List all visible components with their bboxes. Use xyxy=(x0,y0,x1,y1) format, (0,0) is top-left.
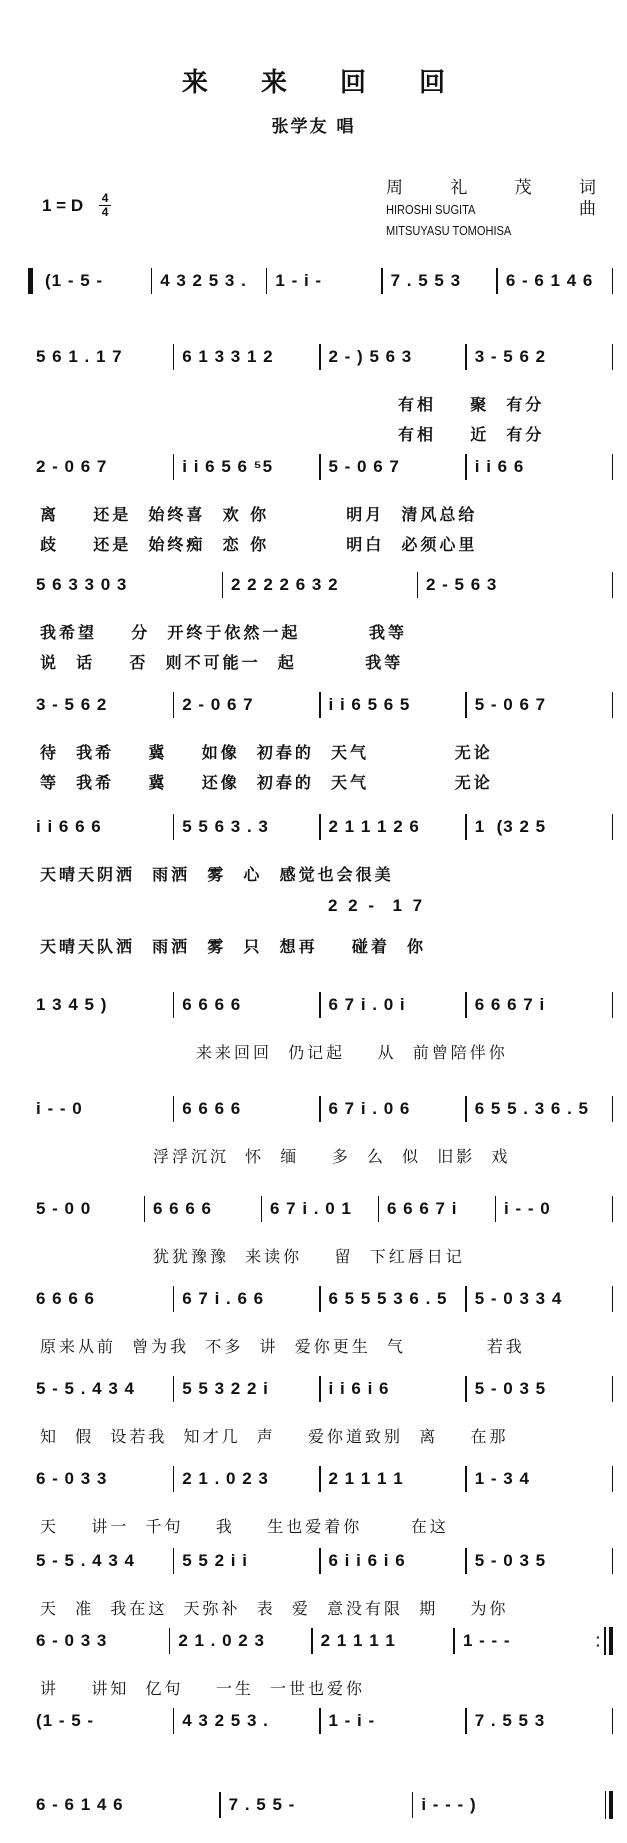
measure: 5 - 5 . 4 3 4 xyxy=(28,1551,173,1571)
measure: 2 1 . 0 2 3 xyxy=(170,1631,311,1651)
barline xyxy=(612,1466,614,1492)
score-row: 1 3 4 5 )6 6 6 66 7 i . 0 i6 6 6 7 i来来回回… xyxy=(28,990,613,1020)
repeat-dots: ·· xyxy=(596,1633,602,1649)
score-row: i - - 06 6 6 66 7 i . 0 66 5 5 . 3 6 . 5… xyxy=(28,1094,613,1124)
composer-line: HIROSHI SUGITA 曲 xyxy=(386,199,596,220)
lyrics-line: 我希望 分 开终于依然一起 我等 xyxy=(40,620,407,643)
measure: i - - 0 xyxy=(28,1099,173,1119)
notes-line: 2 - 0 6 7i i 6 5 6 ⁵55 - 0 6 7i i 6 6 xyxy=(28,452,613,482)
notes-line: 1 3 4 5 )6 6 6 66 7 i . 0 i6 6 6 7 i xyxy=(28,990,613,1020)
measure: 6 - 6 1 4 6 xyxy=(28,1795,219,1815)
lyrics-line: 浮浮沉沉 怀 缅 多 么 似 旧影 戏 xyxy=(153,1144,510,1167)
measure: 2 1 1 1 2 6 xyxy=(321,817,466,837)
key-signature: 1 = D 4 4 xyxy=(42,192,111,219)
measure: 7 . 5 5 3 xyxy=(383,271,497,291)
lyrics-line: 犹犹豫豫 来读你 留 下红唇日记 xyxy=(153,1244,465,1267)
measure: 5 - 0 3 5 xyxy=(467,1551,612,1571)
measure: 6 5 5 5 3 6 . 5 xyxy=(321,1289,466,1309)
measure: 6 6 6 7 i xyxy=(467,995,612,1015)
final-barline xyxy=(605,1791,614,1819)
score-row: 3 - 5 6 22 - 0 6 7i i 6 5 6 55 - 0 6 7待 … xyxy=(28,690,613,720)
measure: 5 - 0 3 3 4 xyxy=(467,1289,612,1309)
measure: (1 - 5 - xyxy=(37,271,151,291)
score-row: 6 6 6 66 7 i . 6 66 5 5 5 3 6 . 55 - 0 3… xyxy=(28,1284,613,1314)
notes-line: 6 - 0 3 32 1 . 0 2 32 1 1 1 11 - - -·· xyxy=(28,1626,613,1656)
repeat-end-sign: ·· xyxy=(596,1627,613,1655)
barline xyxy=(612,268,614,294)
lyricist-char: 周 xyxy=(386,178,403,199)
composer-name-1: HIROSHI SUGITA xyxy=(386,199,475,220)
measure: 6 1 3 3 1 2 xyxy=(174,347,319,367)
notes-line: (1 - 5 -4 3 2 5 3 .1 - i -7 . 5 5 36 - 6… xyxy=(28,266,613,296)
measure: 1 3 4 5 ) xyxy=(28,995,173,1015)
barline xyxy=(612,572,614,598)
measure: 5 5 3 2 2 i xyxy=(174,1379,319,1399)
score-row: 5 6 1 . 1 76 1 3 3 1 22 - ) 5 6 33 - 5 6… xyxy=(28,342,613,372)
measure: 1 - i - xyxy=(321,1711,466,1731)
notes-line: i i 6 6 65 5 6 3 . 32 1 1 1 2 61 (3 2 5 xyxy=(28,812,613,842)
measure: 5 - 0 3 5 xyxy=(467,1379,612,1399)
measure: 2 - 5 6 3 xyxy=(418,575,612,595)
lyrics-line: 天晴天队洒 雨洒 雾 只 想再 碰着 你 xyxy=(40,934,426,957)
measure: 6 6 6 6 xyxy=(28,1289,173,1309)
score-row: (1 - 5 -4 3 2 5 3 .1 - i -7 . 5 5 3 xyxy=(28,1706,613,1736)
measure: 5 - 0 6 7 xyxy=(467,695,612,715)
measure: 5 - 0 6 7 xyxy=(321,457,466,477)
lyrics-line: 离 还是 始终喜 欢 你 明月 清风总给 xyxy=(40,502,477,525)
measure: 2 - 0 6 7 xyxy=(28,457,173,477)
measure: 2 - 0 6 7 xyxy=(174,695,319,715)
alternate-notes: 2 2 - 1 7 xyxy=(328,896,425,916)
repeat-start-sign xyxy=(28,268,33,294)
lyrics-line: 歧 还是 始终痴 恋 你 明白 必须心里 xyxy=(40,532,477,555)
composer-role: 曲 xyxy=(579,199,596,220)
notes-line: 6 6 6 66 7 i . 6 66 5 5 5 3 6 . 55 - 0 3… xyxy=(28,1284,613,1314)
thick-bar xyxy=(609,1627,613,1655)
measure: 2 1 1 1 1 xyxy=(321,1469,466,1489)
measure: 6 - 0 3 3 xyxy=(28,1631,169,1651)
song-title: 来 来 回 回 xyxy=(0,62,627,99)
notes-line: 5 - 0 06 6 6 66 7 i . 0 16 6 6 7 ii - - … xyxy=(28,1194,613,1224)
measure: 5 5 2 i i xyxy=(174,1551,319,1571)
measure: 6 7 i . 0 i xyxy=(321,995,466,1015)
lyricist-line: 周 礼 茂 词 xyxy=(386,178,596,199)
barline xyxy=(612,344,614,370)
measure: 1 (3 2 5 xyxy=(467,817,612,837)
measure: 5 5 6 3 . 3 xyxy=(174,817,319,837)
barline xyxy=(612,1286,614,1312)
measure: i i 6 6 xyxy=(467,457,612,477)
lyrics-line: 有相 近 有分 xyxy=(398,422,544,445)
composer-line-2: MITSUYASU TOMOHISA xyxy=(386,220,596,241)
measure: 5 - 0 0 xyxy=(28,1199,144,1219)
lyrics-line: 讲 讲知 亿句 一生 一世也爱你 xyxy=(40,1676,365,1699)
lyricist-char: 礼 xyxy=(450,178,467,199)
measure: 6 - 6 1 4 6 xyxy=(498,271,612,291)
lyrics-line: 来来回回 仍记起 从 前曾陪伴你 xyxy=(196,1040,508,1063)
notes-line: (1 - 5 -4 3 2 5 3 .1 - i -7 . 5 5 3 xyxy=(28,1706,613,1736)
score-row: i i 6 6 65 5 6 3 . 32 1 1 1 2 61 (3 2 5天… xyxy=(28,812,613,842)
notes-line: 6 - 0 3 32 1 . 0 2 32 1 1 1 11 - 3 4 xyxy=(28,1464,613,1494)
measure: 6 5 5 . 3 6 . 5 xyxy=(467,1099,612,1119)
barline xyxy=(612,1376,614,1402)
lyrics-line: 有相 聚 有分 xyxy=(398,392,544,415)
measure: 6 7 i . 6 6 xyxy=(174,1289,319,1309)
credits-block: 周 礼 茂 词 HIROSHI SUGITA 曲 MITSUYASU TOMOH… xyxy=(386,178,596,241)
measure: 6 7 i . 0 1 xyxy=(262,1199,378,1219)
measure: 6 7 i . 0 6 xyxy=(321,1099,466,1119)
lyrics-line: 知 假 设若我 知才几 声 爱你道致别 离 在那 xyxy=(40,1424,509,1447)
measure: 6 i i 6 i 6 xyxy=(321,1551,466,1571)
barline xyxy=(612,692,614,718)
notes-line: 5 6 3 3 0 32 2 2 2 6 3 22 - 5 6 3 xyxy=(28,570,613,600)
barline xyxy=(612,992,614,1018)
measure: 6 6 6 6 xyxy=(174,1099,319,1119)
measure: 1 - 3 4 xyxy=(467,1469,612,1489)
key-label: 1 = D xyxy=(42,196,83,216)
measure: i - - 0 xyxy=(496,1199,612,1219)
score-row: 2 - 0 6 7i i 6 5 6 ⁵55 - 0 6 7i i 6 6离 还… xyxy=(28,452,613,482)
measure: i i 6 5 6 5 xyxy=(321,695,466,715)
measure: 6 6 6 6 xyxy=(145,1199,261,1219)
barline xyxy=(612,1096,614,1122)
measure: 6 6 6 7 i xyxy=(379,1199,495,1219)
measure: 1 - - - xyxy=(455,1631,596,1651)
notes-line: 5 - 5 . 4 3 45 5 3 2 2 ii i 6 i 65 - 0 3… xyxy=(28,1374,613,1404)
measure: 2 - ) 5 6 3 xyxy=(321,347,466,367)
thin-bar xyxy=(605,1791,607,1819)
lyrics-line: 待 我希 冀 如像 初春的 天气 无论 xyxy=(40,740,493,763)
measure: 3 - 5 6 2 xyxy=(28,695,173,715)
measure: i i 6 i 6 xyxy=(321,1379,466,1399)
barline xyxy=(612,454,614,480)
lyrics-line: 原来从前 曾为我 不多 讲 爱你更生 气 若我 xyxy=(40,1334,525,1357)
measure: 5 6 1 . 1 7 xyxy=(28,347,173,367)
thin-bar xyxy=(604,1627,606,1655)
score-row: 5 - 5 . 4 3 45 5 2 i i6 i i 6 i 65 - 0 3… xyxy=(28,1546,613,1576)
measure: 5 6 3 3 0 3 xyxy=(28,575,222,595)
score-row: 6 - 0 3 32 1 . 0 2 32 1 1 1 11 - 3 4天 讲一… xyxy=(28,1464,613,1494)
measure: 6 6 6 6 xyxy=(174,995,319,1015)
lyricist-char: 茂 xyxy=(515,178,532,199)
time-signature-bottom: 4 xyxy=(102,206,109,219)
measure: i i 6 6 6 xyxy=(28,817,173,837)
measure: 3 - 5 6 2 xyxy=(467,347,612,367)
singer-credit: 张学友 唱 xyxy=(0,112,627,137)
score-row: 5 - 0 06 6 6 66 7 i . 0 16 6 6 7 ii - - … xyxy=(28,1194,613,1224)
measure: 6 - 0 3 3 xyxy=(28,1469,173,1489)
barline xyxy=(612,1548,614,1574)
lyrics-line: 天 准 我在这 天弥补 表 爱 意没有限 期 为你 xyxy=(40,1596,509,1619)
barline xyxy=(612,814,614,840)
score-row: (1 - 5 -4 3 2 5 3 .1 - i -7 . 5 5 36 - 6… xyxy=(28,266,613,296)
lyrics-line: 说 话 否 则不可能一 起 我等 xyxy=(40,650,403,673)
measure: 4 3 2 5 3 . xyxy=(152,271,266,291)
notes-line: 6 - 6 1 4 67 . 5 5 -i - - - ) xyxy=(28,1790,613,1820)
notes-line: 5 - 5 . 4 3 45 5 2 i i6 i i 6 i 65 - 0 3… xyxy=(28,1546,613,1576)
notes-line: i - - 06 6 6 66 7 i . 0 66 5 5 . 3 6 . 5 xyxy=(28,1094,613,1124)
score-row: 6 - 0 3 32 1 . 0 2 32 1 1 1 11 - - -··讲 … xyxy=(28,1626,613,1656)
composer-name-2: MITSUYASU TOMOHISA xyxy=(386,220,511,241)
lyricist-role: 词 xyxy=(579,178,596,199)
measure: 2 2 2 2 6 3 2 xyxy=(223,575,417,595)
measure: 1 - i - xyxy=(267,271,381,291)
measure: i i 6 5 6 ⁵5 xyxy=(174,457,319,477)
measure: 5 - 5 . 4 3 4 xyxy=(28,1379,173,1399)
score-row: 6 - 6 1 4 67 . 5 5 -i - - - ) xyxy=(28,1790,613,1820)
lyrics-line: 等 我希 冀 还像 初春的 天气 无论 xyxy=(40,770,493,793)
measure: 2 1 1 1 1 xyxy=(313,1631,454,1651)
measure: 4 3 2 5 3 . xyxy=(174,1711,319,1731)
measure: (1 - 5 - xyxy=(28,1711,173,1731)
thick-bar xyxy=(609,1791,613,1819)
time-signature-top: 4 xyxy=(102,192,109,205)
score-row: 5 6 3 3 0 32 2 2 2 6 3 22 - 5 6 3我希望 分 开… xyxy=(28,570,613,600)
lyrics-line: 天晴天阴洒 雨洒 雾 心 感觉也会很美 xyxy=(40,862,394,885)
notes-line: 5 6 1 . 1 76 1 3 3 1 22 - ) 5 6 33 - 5 6… xyxy=(28,342,613,372)
time-signature: 4 4 xyxy=(99,192,111,219)
score-row: 5 - 5 . 4 3 45 5 3 2 2 ii i 6 i 65 - 0 3… xyxy=(28,1374,613,1404)
notes-line: 3 - 5 6 22 - 0 6 7i i 6 5 6 55 - 0 6 7 xyxy=(28,690,613,720)
barline xyxy=(612,1708,614,1734)
measure: i - - - ) xyxy=(413,1795,604,1815)
measure: 7 . 5 5 3 xyxy=(467,1711,612,1731)
barline xyxy=(612,1196,614,1222)
measure: 2 1 . 0 2 3 xyxy=(174,1469,319,1489)
measure: 7 . 5 5 - xyxy=(221,1795,412,1815)
lyrics-line: 天 讲一 千句 我 生也爱着你 在这 xyxy=(40,1514,449,1537)
